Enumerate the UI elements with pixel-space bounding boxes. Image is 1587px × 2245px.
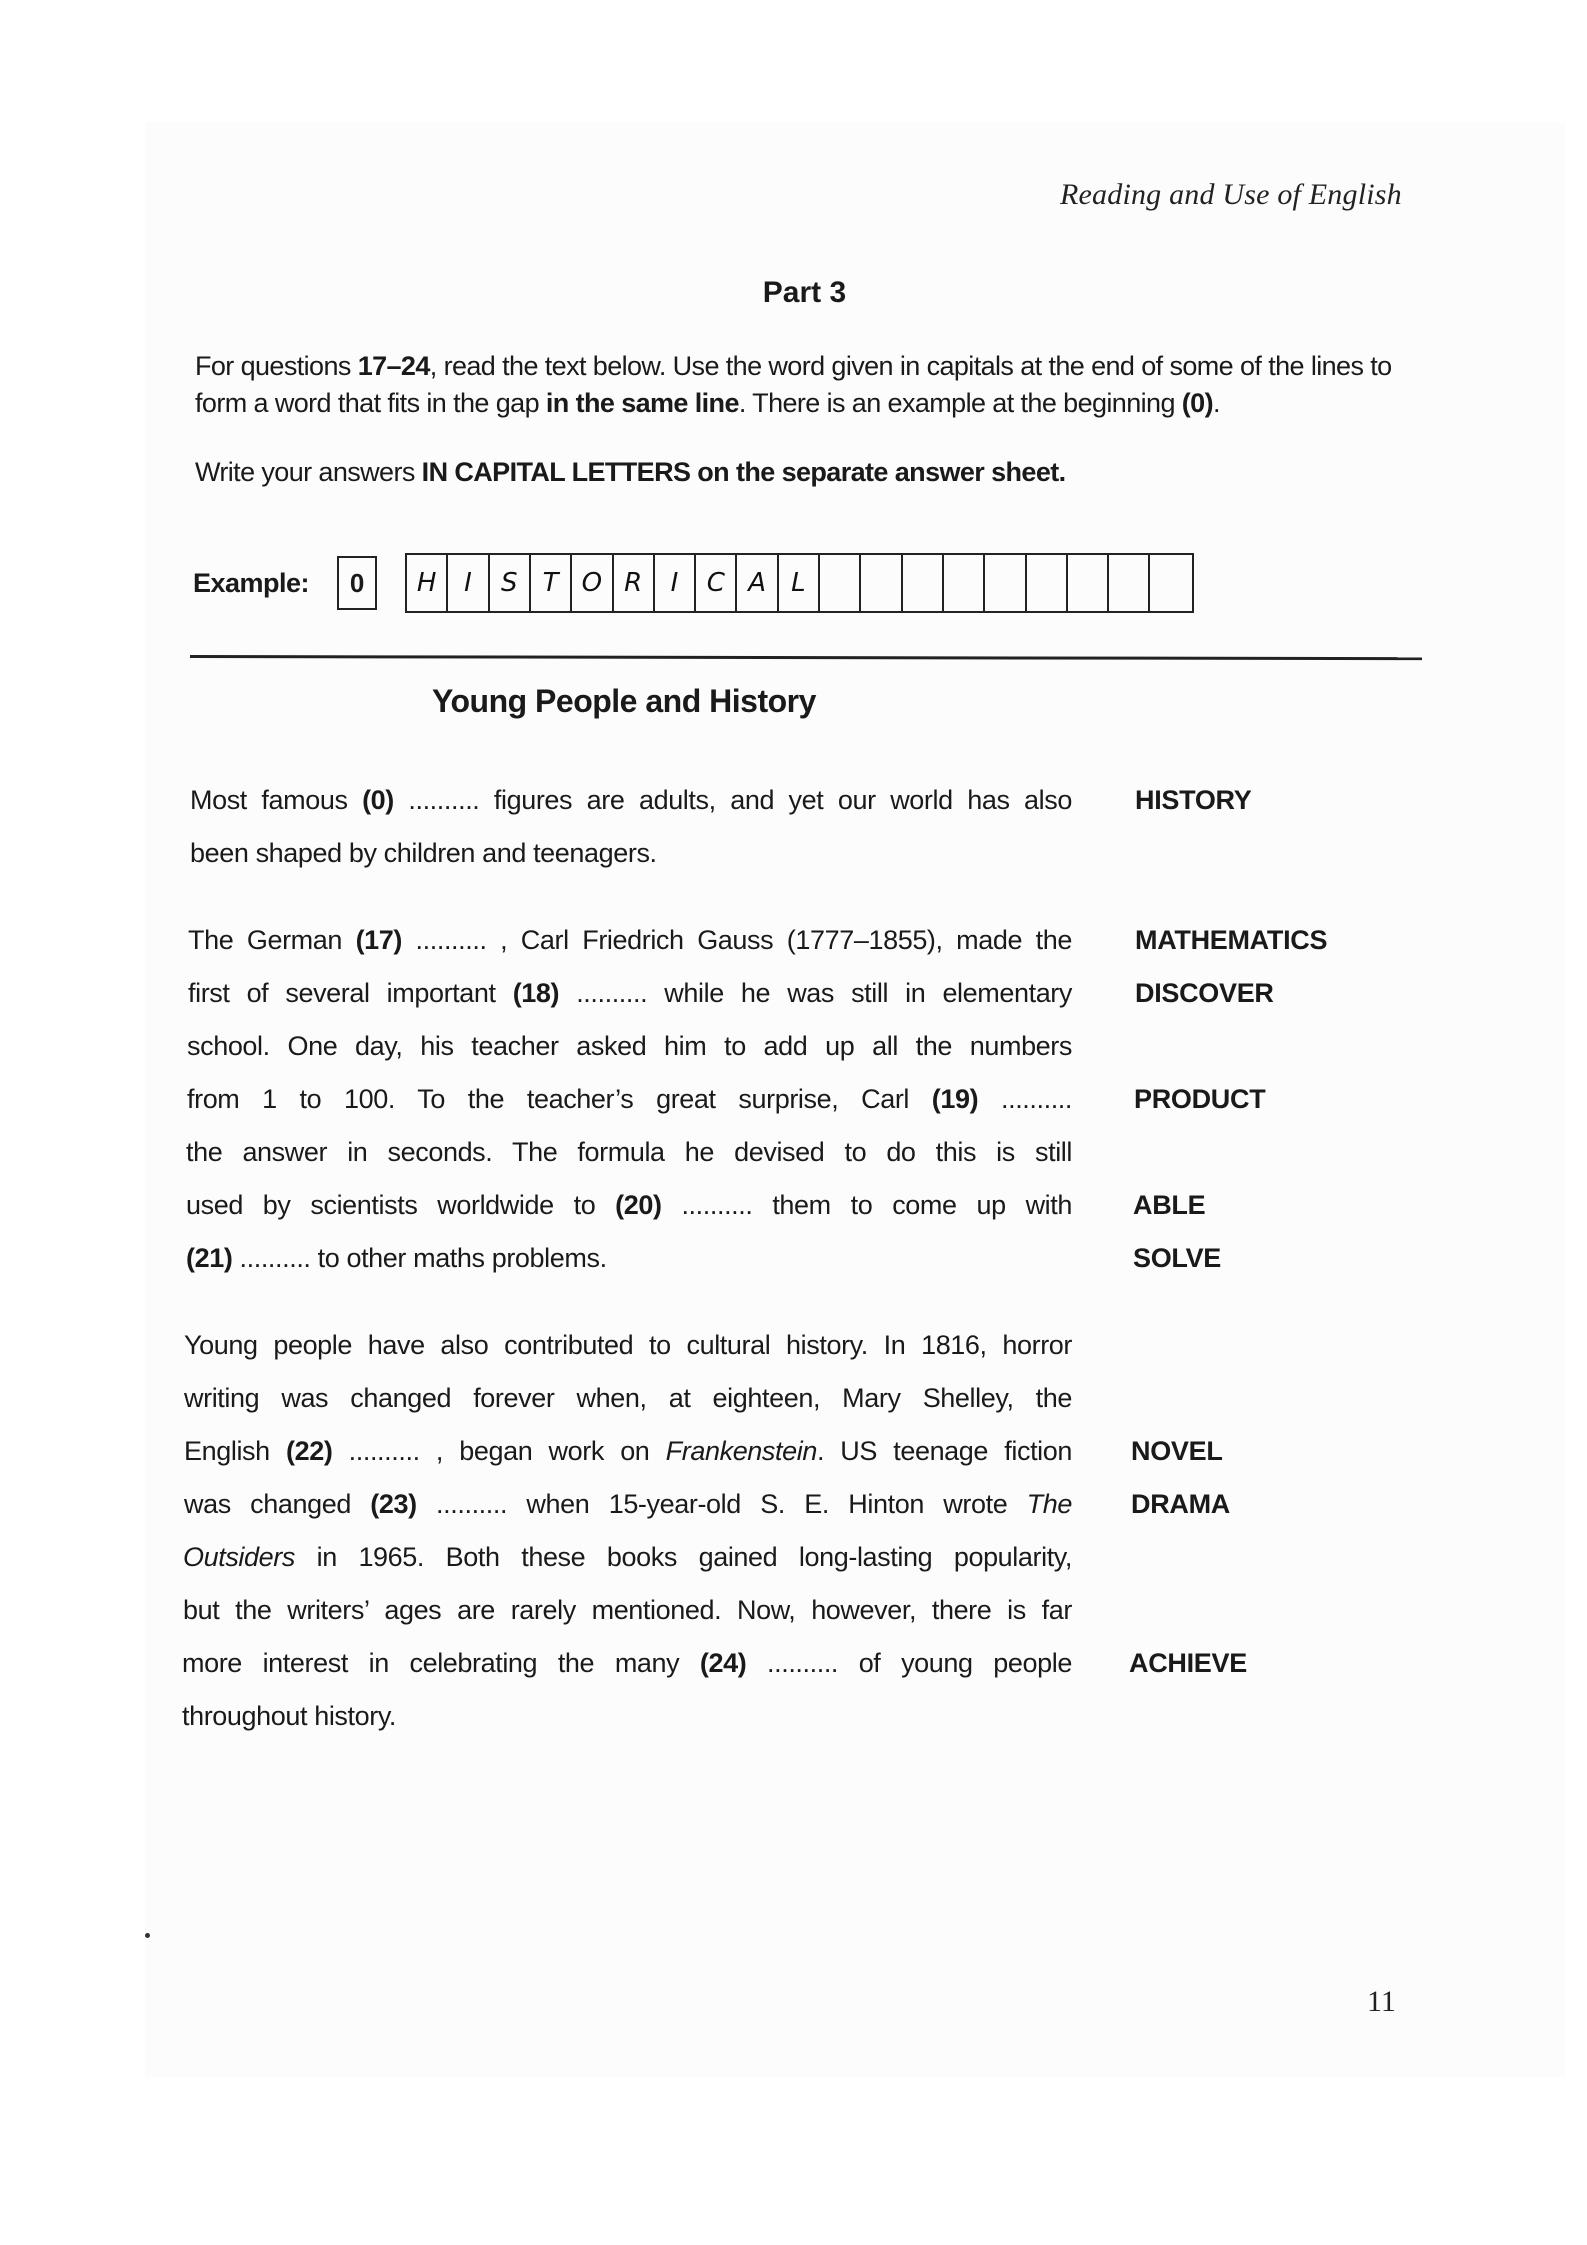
answer-letter-box: I xyxy=(655,555,696,611)
passage-text: school. One day, his teacher asked him t… xyxy=(187,1031,1072,1061)
keyword-solve: SOLVE xyxy=(1133,1243,1221,1274)
passage-text: writing was changed forever when, at eig… xyxy=(184,1383,1072,1413)
scan-speck xyxy=(145,1933,150,1938)
passage-text: was changed xyxy=(184,1489,370,1519)
gap-number: (20) xyxy=(615,1190,661,1220)
passage-line: Young people have also contributed to cu… xyxy=(184,1330,1072,1361)
answer-letter-box: O xyxy=(572,555,613,611)
instructions-line-2: Write your answers IN CAPITAL LETTERS on… xyxy=(195,454,1435,491)
passage-text: Young people have also contributed to cu… xyxy=(184,1330,1072,1360)
answer-letter-box xyxy=(820,555,861,611)
passage-text: first of several important xyxy=(188,978,513,1008)
passage-line: writing was changed forever when, at eig… xyxy=(184,1383,1072,1414)
keyword-achieve: ACHIEVE xyxy=(1129,1648,1247,1679)
passage-text: throughout history. xyxy=(182,1701,396,1731)
passage-text: .......... xyxy=(978,1084,1072,1114)
keyword-discover: DISCOVER xyxy=(1135,978,1274,1009)
example-number-box: 0 xyxy=(337,556,377,610)
passage-line: school. One day, his teacher asked him t… xyxy=(187,1031,1072,1062)
keyword-history: HISTORY xyxy=(1135,785,1251,816)
passage-line: The German (17) .......... , Carl Friedr… xyxy=(188,925,1072,956)
answer-letter-box xyxy=(944,555,985,611)
answer-letter-box: H xyxy=(407,555,448,611)
page-number: 11 xyxy=(1367,1985,1396,2019)
passage-text: but the writers’ ages are rarely mention… xyxy=(183,1595,1072,1625)
passage-text: been shaped by children and teenagers. xyxy=(190,838,657,868)
part-title: Part 3 xyxy=(0,276,1587,310)
passage-text: .......... , Carl Friedrich Gauss (1777–… xyxy=(402,925,1072,955)
passage-line: Outsiders in 1965. Both these books gain… xyxy=(183,1542,1072,1573)
answer-letter-box xyxy=(1068,555,1109,611)
passage-line: was changed (23) .......... when 15-year… xyxy=(184,1489,1072,1520)
example-row: Example: 0 HISTORICAL xyxy=(193,555,1194,611)
answer-letter-box xyxy=(1027,555,1068,611)
passage-line: Most famous (0) .......... figures are a… xyxy=(190,785,1072,816)
answer-letter-box: L xyxy=(779,555,820,611)
example-label: Example: xyxy=(193,568,309,599)
gap-number: (17) xyxy=(356,925,402,955)
keyword-drama: DRAMA xyxy=(1131,1489,1230,1520)
gap-number: (24) xyxy=(700,1648,746,1678)
passage-text: in 1965. Both these books gained long-la… xyxy=(295,1542,1072,1572)
keyword-product: PRODUCT xyxy=(1134,1084,1265,1115)
gap-number: (19) xyxy=(932,1084,978,1114)
passage-text: .......... to other maths problems. xyxy=(232,1243,606,1273)
passage-line: been shaped by children and teenagers. xyxy=(190,838,657,869)
italic-title: The xyxy=(1027,1489,1072,1519)
answer-letter-box xyxy=(1109,555,1150,611)
instructions: For questions 17–24, read the text below… xyxy=(195,348,1435,491)
passage-text: . US teenage fiction xyxy=(817,1436,1072,1466)
gap-number: (22) xyxy=(286,1436,332,1466)
answer-letter-box xyxy=(903,555,944,611)
answer-letter-box xyxy=(1150,555,1191,611)
passage-line: (21) .......... to other maths problems. xyxy=(186,1243,607,1274)
answer-letter-box: C xyxy=(696,555,737,611)
passage-text: .......... figures are adults, and yet o… xyxy=(394,785,1072,815)
passage-text: used by scientists worldwide to xyxy=(186,1190,615,1220)
passage-text: more interest in celebrating the many xyxy=(182,1648,700,1678)
passage-line: throughout history. xyxy=(182,1701,396,1732)
passage-text: .......... them to come up with xyxy=(662,1190,1072,1220)
answer-letter-box xyxy=(861,555,902,611)
keyword-mathematics: MATHEMATICS xyxy=(1135,925,1327,956)
example-answer-boxes: HISTORICAL xyxy=(405,553,1194,613)
passage-line: more interest in celebrating the many (2… xyxy=(182,1648,1072,1679)
passage-text: .......... , began work on xyxy=(332,1436,665,1466)
gap-number: (23) xyxy=(370,1489,416,1519)
italic-title: Outsiders xyxy=(183,1542,295,1572)
italic-title: Frankenstein xyxy=(666,1436,817,1466)
passage-line: used by scientists worldwide to (20) ...… xyxy=(186,1190,1072,1221)
passage-text: English xyxy=(184,1436,286,1466)
answer-letter-box: T xyxy=(531,555,572,611)
answer-letter-box: A xyxy=(737,555,778,611)
passage-text: .......... of young people xyxy=(746,1648,1072,1678)
gap-number: (0) xyxy=(362,785,394,815)
passage-text: the answer in seconds. The formula he de… xyxy=(186,1137,1072,1167)
answer-letter-box xyxy=(985,555,1026,611)
answer-letter-box: S xyxy=(490,555,531,611)
passage-line: but the writers’ ages are rarely mention… xyxy=(183,1595,1072,1626)
answer-letter-box: I xyxy=(448,555,489,611)
passage-line: English (22) .......... , began work on … xyxy=(184,1436,1072,1467)
passage-text: .......... when 15-year-old S. E. Hinton… xyxy=(417,1489,1027,1519)
passage-text: from 1 to 100. To the teacher’s great su… xyxy=(187,1084,932,1114)
answer-letter-box: R xyxy=(614,555,655,611)
passage-text: .......... while he was still in element… xyxy=(559,978,1072,1008)
passage-line: the answer in seconds. The formula he de… xyxy=(186,1137,1072,1168)
passage-text: The German xyxy=(188,925,356,955)
passage-line: from 1 to 100. To the teacher’s great su… xyxy=(187,1084,1072,1115)
gap-number: (18) xyxy=(513,978,559,1008)
gap-number: (21) xyxy=(186,1243,232,1273)
instructions-line-1: For questions 17–24, read the text below… xyxy=(195,348,1435,422)
keyword-able: ABLE xyxy=(1133,1190,1205,1221)
passage-text: Most famous xyxy=(190,785,362,815)
text-title: Young People and History xyxy=(432,683,816,720)
passage-line: first of several important (18) ........… xyxy=(188,978,1072,1009)
keyword-novel: NOVEL xyxy=(1131,1436,1223,1467)
running-head: Reading and Use of English xyxy=(1060,178,1402,212)
